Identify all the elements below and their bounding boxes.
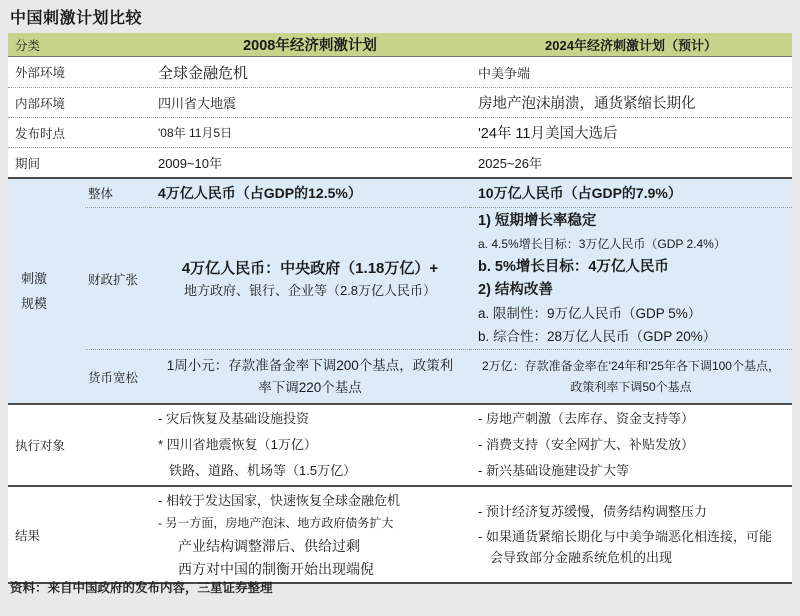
row-label: 内部环境 [8,94,150,112]
row-label: 结果 [8,526,150,544]
monetary-2024: 2万亿：存款准备金率在'24年和'25年各下调100个基点，政策利率下调50个基… [470,350,792,403]
comparison-table: 分类 2008年经济刺激计划 2024年经济刺激计划（预计） 外部环境 全球金融… [8,33,792,584]
sub-label-fiscal-expansion: 财政扩张 [85,208,150,350]
row-label: 期间 [8,154,150,172]
row-label: 外部环境 [8,63,150,81]
fiscal-2024-line: b. 综合性：28万亿人民币（GDP 20%） [478,325,792,348]
row-external-environment: 外部环境 全球金融危机 中美争端 [8,57,792,88]
results-2024-line: - 预计经济复苏缓慢，债务结构调整压力 [478,501,792,522]
results-2008-line: 产业结构调整滞后、供给过剩 [158,535,470,558]
row-announcement-time: 发布时点 '08年 11月5日 '24年 11月美国大选后 [8,118,792,148]
overall-2024: 10万亿人民币（占GDP的7.9%） [470,179,792,208]
cell-2008: '08年 11月5日 [150,124,470,141]
stimulus-scale-label: 刺激 规模 [8,179,85,403]
results-2008-line: - 另一方面，房地产泡沫、地方政府债务扩大 [158,512,470,535]
row-label: 执行对象 [8,436,150,454]
cell-2024: 中美争端 [470,63,792,82]
overall-2008: 4万亿人民币（占GDP的12.5%） [150,179,470,208]
table-header-row: 分类 2008年经济刺激计划 2024年经济刺激计划（预计） [8,33,792,57]
targets-2024: - 房地产刺激（去库存、资金支持等） - 消费支持（安全网扩大、补贴发放） - … [470,406,792,484]
fiscal-2024-line: a. 限制性：9万亿人民币（GDP 5%） [478,302,792,325]
cell-2008: 四川省大地震 [150,93,470,112]
targets-2008-line: 铁路、道路、机场等（1.5万亿） [158,458,470,484]
cell-2008: 全球金融危机 [150,62,470,83]
targets-2008-line: - 灾后恢复及基础设施投资 [158,406,470,432]
row-period: 期间 2009~10年 2025~26年 [8,148,792,179]
results-2024: - 预计经济复苏缓慢，债务结构调整压力 - 如果通货紧缩长期化与中美争端恶化相连… [470,499,792,570]
cell-2024: 房地产泡沫崩溃，通货紧缩长期化 [470,92,792,113]
row-label: 发布时点 [8,124,150,142]
header-category: 分类 [8,36,150,54]
targets-2024-line: - 消费支持（安全网扩大、补贴发放） [478,432,792,458]
fiscal-2008-line1: 4万亿人民币：中央政府（1.18万亿）+ [154,257,466,281]
header-2024-plan: 2024年经济刺激计划（预计） [470,35,792,54]
source-note: 资料：来自中国政府的发布内容，三星证券整理 [10,578,273,596]
stimulus-scale-label-line2: 规模 [21,291,85,316]
results-2008: - 相较于发达国家，快速恢复全球金融危机 - 另一方面，房地产泡沫、地方政府债务… [150,489,470,581]
fiscal-2024-line: 1) 短期增长率稳定 [478,210,792,233]
fiscal-2008-line2: 地方政府、银行、企业等（2.8万亿人民币） [154,281,466,301]
targets-2008-line: * 四川省地震恢复（1万亿） [158,432,470,458]
stimulus-scale-label-line1: 刺激 [21,266,85,291]
cell-2008: 2009~10年 [150,153,470,172]
fiscal-2024-line: a. 4.5%增长目标：3万亿人民币（GDP 2.4%） [478,233,792,256]
page-title: 中国刺激计划比较 [10,5,142,28]
results-2008-line: - 相较于发达国家，快速恢复全球金融危机 [158,489,470,512]
fiscal-2024-line: 2) 结构改善 [478,279,792,302]
fiscal-2008: 4万亿人民币：中央政府（1.18万亿）+ 地方政府、银行、企业等（2.8万亿人民… [150,208,470,350]
targets-2024-line: - 房地产刺激（去库存、资金支持等） [478,406,792,432]
cell-2024: '24年 11月美国大选后 [470,122,792,143]
row-internal-environment: 内部环境 四川省大地震 房地产泡沫崩溃，通货紧缩长期化 [8,88,792,118]
sub-label-overall: 整体 [85,179,150,208]
fiscal-2024-line: b. 5%增长目标：4万亿人民币 [478,256,792,279]
fiscal-2024: 1) 短期增长率稳定 a. 4.5%增长目标：3万亿人民币（GDP 2.4%） … [470,208,792,350]
monetary-2008: 1周小元：存款准备金率下调200个基点，政策利率下调220个基点 [150,350,470,403]
row-execution-targets: 执行对象 - 灾后恢复及基础设施投资 * 四川省地震恢复（1万亿） 铁路、道路、… [8,405,792,487]
section-stimulus-scale: 刺激 规模 整体 4万亿人民币（占GDP的12.5%） 10万亿人民币（占GDP… [8,179,792,405]
sub-label-monetary-easing: 货币宽松 [85,350,150,403]
row-results: 结果 - 相较于发达国家，快速恢复全球金融危机 - 另一方面，房地产泡沫、地方政… [8,487,792,584]
targets-2008: - 灾后恢复及基础设施投资 * 四川省地震恢复（1万亿） 铁路、道路、机场等（1… [150,406,470,484]
targets-2024-line: - 新兴基础设施建设扩大等 [478,458,792,484]
cell-2024: 2025~26年 [470,153,792,172]
results-2024-line: - 如果通货紧缩长期化与中美争端恶化相连接，可能会导致部分金融系统危机的出现 [478,526,792,568]
header-2008-plan: 2008年经济刺激计划 [150,34,470,55]
